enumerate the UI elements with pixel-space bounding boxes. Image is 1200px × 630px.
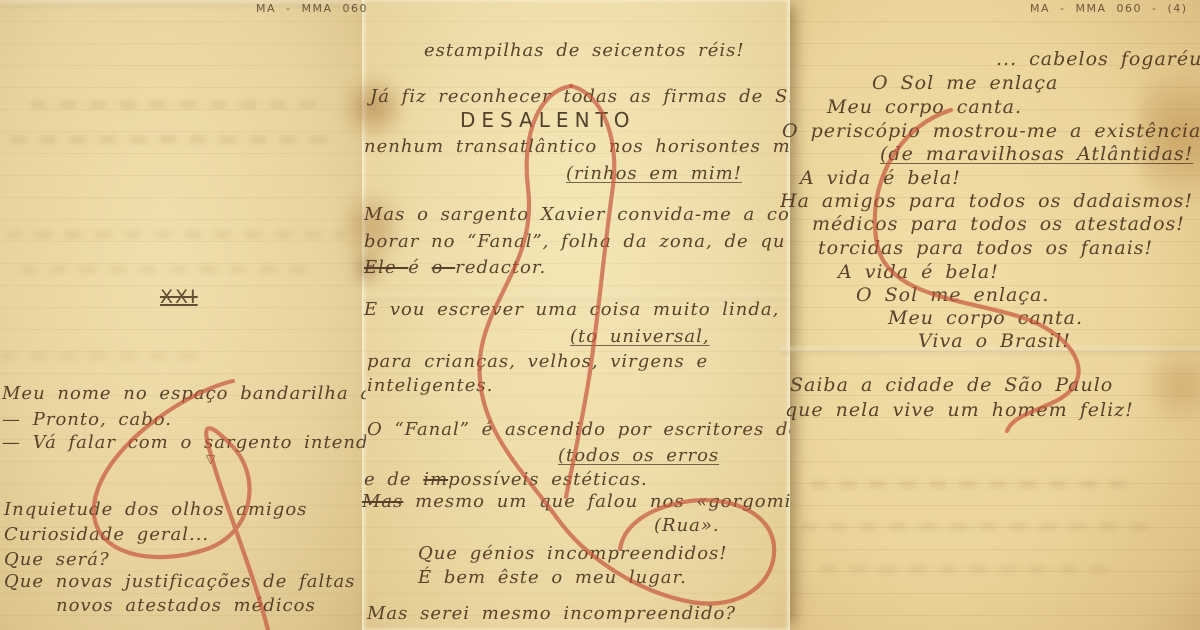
text-layer-left: MA - MMA 060 - (3)XXIMeu nome no espaço … [0, 0, 366, 630]
proof-mark: ▽ [206, 452, 216, 466]
manuscript-line: O Sol me enlaça [872, 72, 1058, 94]
manuscript-line: O periscópio mostrou-me a existência [782, 120, 1200, 142]
manuscript-line: Curiosidade geral... [4, 524, 209, 545]
manuscript-line: Meu nome no espaço bandarilha a a [2, 383, 366, 404]
page-number-label: MA - MMA 060 - (4) [1030, 2, 1188, 15]
manuscript-line: O Sol me enlaça. [856, 284, 1049, 306]
manuscript-line: É bem êste o meu lugar. [418, 567, 687, 588]
manuscript-line: (Rua». [654, 515, 720, 536]
page-number-label: MA - MMA 060 - (3) [256, 2, 366, 15]
manuscript-line: estampilhas de seicentos réis! [424, 40, 745, 61]
text-layer-right: MA - MMA 060 - (4)... cabelos fogaréu ..… [780, 0, 1200, 630]
manuscript-line: Ele é o redactor. [364, 257, 546, 278]
manuscript-scan: MA - MMA 060 - (3)XXIMeu nome no espaço … [0, 0, 1200, 630]
manuscript-line: Já fiz reconhecer todas as firmas de S. … [370, 86, 790, 107]
manuscript-line: novos atestados médicos [56, 595, 316, 616]
manuscript-line: que nela vive um homem feliz! [785, 399, 1134, 421]
manuscript-line: Que novas justificações de faltas [4, 571, 355, 592]
manuscript-line: Viva o Brasil! [918, 330, 1071, 352]
manuscript-line: O “Fanal” é ascendido por escritores de [367, 419, 790, 440]
manuscript-line: Mas serei mesmo incompreendido? [367, 603, 736, 624]
manuscript-line: Ha amigos para todos os dadaismos! [780, 190, 1193, 212]
section-number: XXI [160, 286, 198, 308]
manuscript-line: para crianças, velhos, virgens e [367, 351, 708, 372]
manuscript-line: Inquietude dos olhos amigos [4, 499, 307, 520]
manuscript-line: médicos para todos os atestados! [812, 213, 1185, 235]
manuscript-line: Que génios incompreendidos! [418, 543, 728, 564]
manuscript-line: (todos os erros [558, 445, 719, 466]
manuscript-line: A vida é bela! [838, 261, 999, 283]
manuscript-line: Saiba a cidade de São Paulo [790, 374, 1113, 396]
manuscript-line: — Vá falar com o sargento intende [2, 432, 366, 453]
manuscript-line: E vou escrever uma coisa muito linda, m [364, 299, 790, 320]
manuscript-line: ... cabelos fogaréu ... [996, 48, 1200, 70]
manuscript-line: Mas o sargento Xavier convida-me a col [364, 204, 790, 225]
manuscript-line: Meu corpo canta. [827, 96, 1022, 118]
manuscript-line: Meu corpo canta. [888, 307, 1083, 329]
manuscript-line: inteligentes. [367, 375, 493, 396]
manuscript-line: e de impossíveis estéticas. [364, 469, 648, 490]
manuscript-line: (de maravilhosas Atlântidas! [880, 143, 1193, 165]
manuscript-line: Mas mesmo um que falou nos «gorgomilos d [362, 491, 790, 512]
text-layer-middle: estampilhas de seicentos réis!Já fiz rec… [362, 0, 790, 630]
manuscript-line: torcidas para todos os fanais! [818, 237, 1153, 259]
manuscript-line: (rinhos em mim! [566, 163, 742, 184]
manuscript-line: nenhum transatlântico nos horisontes ma [364, 136, 790, 157]
poem-title: DESALENTO [460, 108, 635, 132]
manuscript-line: borar no “Fanal”, folha da zona, de qu [364, 231, 785, 252]
manuscript-line: — Pronto, cabo. [2, 409, 172, 430]
manuscript-line: Que será? [4, 549, 110, 570]
manuscript-line: (to universal, [570, 326, 710, 347]
manuscript-line: A vida é bela! [800, 167, 961, 189]
